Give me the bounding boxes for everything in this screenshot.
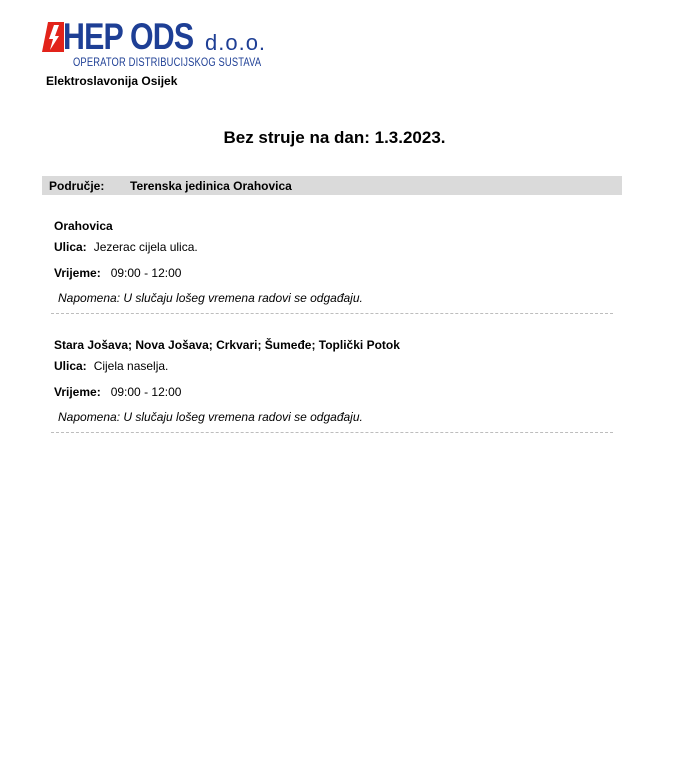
time-label: Vrijeme: [54, 266, 101, 280]
street-value: Cijela naselja. [94, 359, 169, 373]
entry-time-row: Vrijeme:09:00 - 12:00 [54, 385, 181, 399]
entry-note: Napomena: U slučaju lošeg vremena radovi… [58, 291, 363, 305]
street-label: Ulica: [54, 240, 87, 254]
area-label: Područje: [49, 179, 104, 193]
time-value: 09:00 - 12:00 [111, 266, 182, 280]
entry-street-row: Ulica:Jezerac cijela ulica. [54, 240, 198, 254]
page-title: Bez struje na dan: 1.3.2023. [0, 128, 669, 148]
area-header: Područje: Terenska jedinica Orahovica [42, 176, 622, 195]
logo-suffix: d.o.o. [205, 30, 266, 56]
street-label: Ulica: [54, 359, 87, 373]
hep-ods-logo: HEP ODS d.o.o. OPERATOR DISTRIBUCIJSKOG … [42, 20, 262, 72]
time-label: Vrijeme: [54, 385, 101, 399]
area-value: Terenska jedinica Orahovica [130, 179, 292, 193]
logo-subtitle: OPERATOR DISTRIBUCIJSKOG SUSTAVA [73, 55, 261, 69]
time-value: 09:00 - 12:00 [111, 385, 182, 399]
entry-note: Napomena: U slučaju lošeg vremena radovi… [58, 410, 363, 424]
entry-place: Orahovica [54, 219, 113, 233]
street-value: Jezerac cijela ulica. [94, 240, 198, 254]
organization-name: Elektroslavonija Osijek [46, 74, 177, 88]
entry-place: Stara Jošava; Nova Jošava; Crkvari; Šume… [54, 338, 400, 352]
entry-time-row: Vrijeme:09:00 - 12:00 [54, 266, 181, 280]
lightning-bolt-icon [42, 22, 64, 52]
logo-wordmark: HEP ODS [63, 16, 193, 58]
entry-divider [51, 313, 613, 314]
entry-street-row: Ulica:Cijela naselja. [54, 359, 168, 373]
entry-divider [51, 432, 613, 433]
